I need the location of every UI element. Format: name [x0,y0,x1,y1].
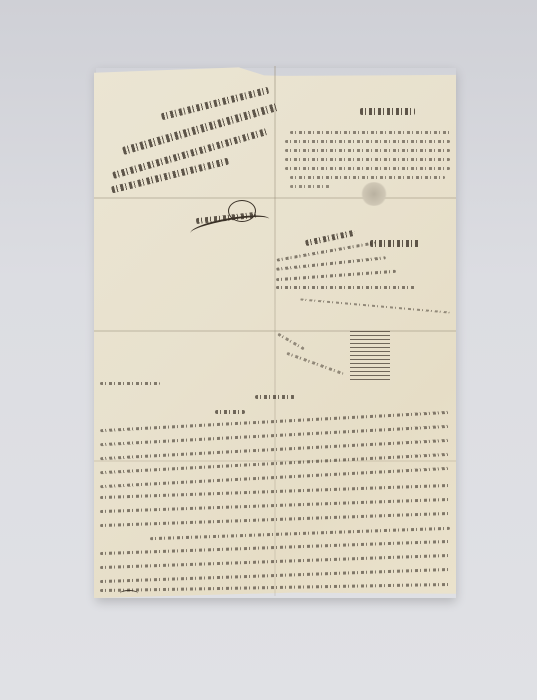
horizontal-fold-crease [94,330,456,332]
horizontal-fold-crease [94,197,456,199]
round-seal-impression [360,182,388,206]
bottom-signature-flourish [120,590,138,597]
dense-stamped-block [350,330,390,380]
image-description: Photograph of a handwritten Ottoman Turk… [0,0,1,1]
